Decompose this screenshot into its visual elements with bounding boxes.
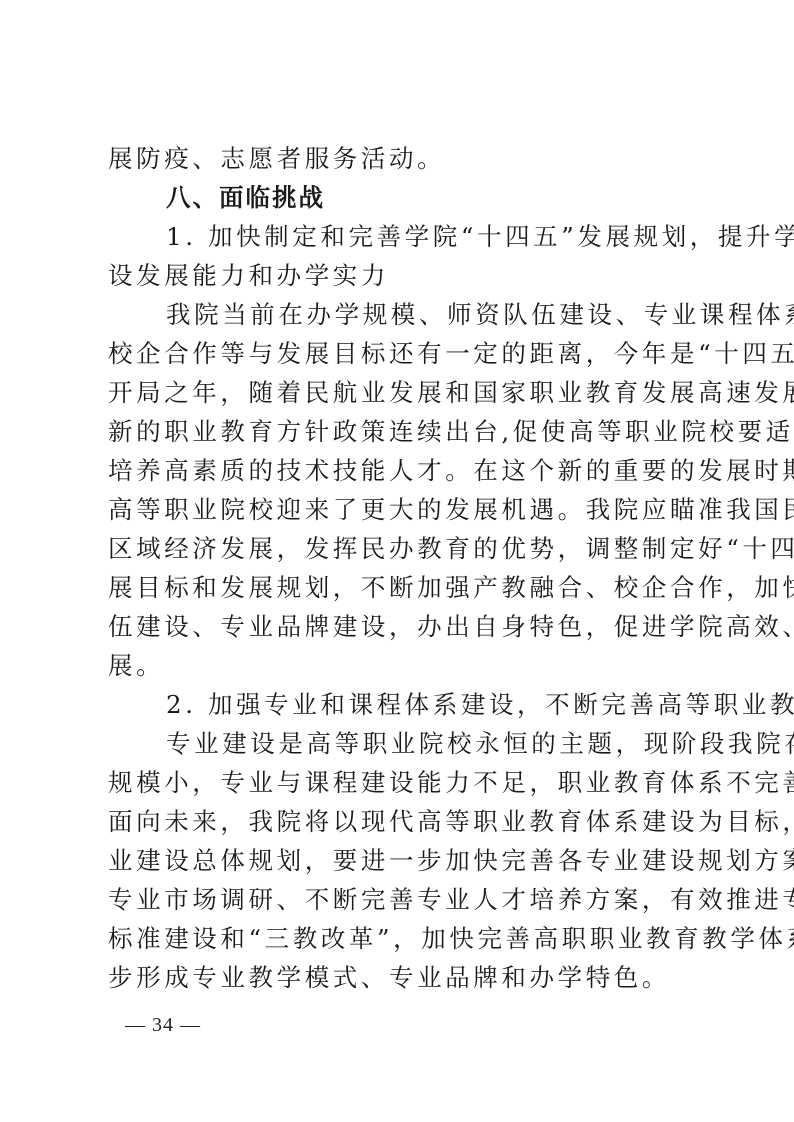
paragraph-line: 培养高素质的技术技能人才。在这个新的重要的发展时期，民办	[108, 451, 692, 490]
paragraph-line: 区域经济发展，发挥民办教育的优势，调整制定好“十四五”发	[108, 529, 692, 568]
paragraph-line: 标准建设和“三教改革”，加快完善高职职业教育教学体系，逐	[108, 919, 692, 958]
paragraph-line: 规模小，专业与课程建设能力不足，职业教育体系不完善等问题。	[108, 763, 692, 802]
subsection-title-continued: 设发展能力和办学实力	[108, 256, 692, 295]
paragraph-line: 面向未来，我院将以现代高等职业教育体系建设为目标，做好专	[108, 802, 692, 841]
subsection-title: 2. 加强专业和课程体系建设，不断完善高等职业教育体系	[108, 685, 692, 724]
paragraph-line: 校企合作等与发展目标还有一定的距离，今年是“十四五”发展	[108, 334, 692, 373]
paragraph-line: 专业市场调研、不断完善专业人才培养方案，有效推进专业课程	[108, 880, 692, 919]
paragraph-line: 新的职业教育方针政策连续出台,促使高等职业院校要适应发展，	[108, 412, 692, 451]
section-heading: 八、面临挑战	[108, 178, 692, 217]
paragraph-line: 步形成专业教学模式、专业品牌和办学特色。	[108, 958, 692, 997]
paragraph-line: 展目标和发展规划，不断加强产教融合、校企合作，加快师资队	[108, 568, 692, 607]
text-line: 展防疫、志愿者服务活动。	[108, 139, 692, 178]
document-page: 展防疫、志愿者服务活动。 八、面临挑战 1. 加快制定和完善学院“十四五”发展规…	[108, 139, 692, 997]
page-number: — 34 —	[125, 1014, 201, 1037]
paragraph-line: 我院当前在办学规模、师资队伍建设、专业课程体系建设、	[108, 295, 692, 334]
paragraph-line: 伍建设、专业品牌建设，办出自身特色，促进学院高效、快速发	[108, 607, 692, 646]
subsection-title: 1. 加快制定和完善学院“十四五”发展规划，提升学院建	[108, 217, 692, 256]
paragraph-line: 高等职业院校迎来了更大的发展机遇。我院应瞄准我国民航业和	[108, 490, 692, 529]
paragraph-line: 开局之年，随着民航业发展和国家职业教育发展高速发展及国家	[108, 373, 692, 412]
paragraph-line: 展。	[108, 646, 692, 685]
paragraph-line: 专业建设是高等职业院校永恒的主题，现阶段我院存在办学	[108, 724, 692, 763]
paragraph-line: 业建设总体规划，要进一步加快完善各专业建设规划方案，加强	[108, 841, 692, 880]
